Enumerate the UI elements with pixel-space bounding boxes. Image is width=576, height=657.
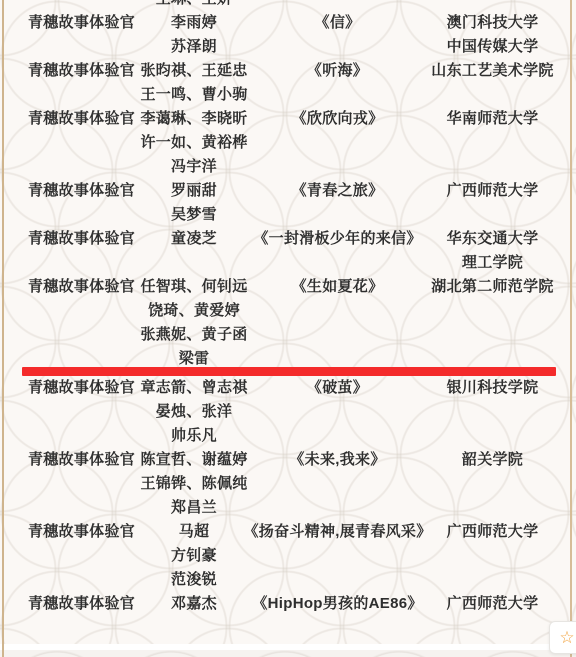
table-row: 青穗故事体验官邓嘉杰《HipHop男孩的AE86》广西师范大学: [0, 592, 576, 616]
award-table: 王琳、王妍青穗故事体验官李雨婷苏泽朗《信》澳门科技大学中国传媒大学青穗故事体验官…: [0, 0, 576, 616]
table-row: 青穗故事体验官李蔼琳、李晓昕许一如、黄裕桦冯宇洋《欣欣向戎》华南师范大学: [0, 107, 576, 179]
row-role: 青穗故事体验官: [28, 107, 135, 131]
role-cell: 青穗故事体验官: [23, 179, 140, 227]
work-title: 《一封滑板少年的来信》: [253, 227, 421, 251]
school-line: 山东工艺美术学院: [431, 59, 553, 83]
schools-cell: 广西师范大学: [427, 520, 558, 592]
role-cell: 青穗故事体验官: [23, 227, 140, 275]
schools-cell: 广西师范大学: [427, 179, 558, 227]
names-line: 许一如、黄裕桦: [140, 131, 247, 155]
work-title: 《生如夏花》: [292, 275, 384, 299]
work-title: 《信》: [315, 11, 361, 35]
work-title: 《欣欣向戎》: [292, 107, 384, 131]
names-line: 张昀祺、王延忠: [140, 59, 247, 83]
school-line: 广西师范大学: [447, 520, 539, 544]
names-cell: 张昀祺、王延忠王一鸣、曹小驹: [140, 59, 248, 107]
names-line: 苏泽朗: [171, 35, 217, 59]
role-cell: 青穗故事体验官: [23, 520, 140, 592]
page-left-border: [2, 0, 4, 657]
names-line: 郑昌兰: [171, 496, 217, 520]
names-line: 王琳、王妍: [156, 0, 233, 11]
row-role: 青穗故事体验官: [28, 592, 135, 616]
page-right-border: [570, 0, 572, 657]
schools-cell: 华南师范大学: [427, 107, 558, 179]
school-line: 韶关学院: [462, 448, 523, 472]
work-title: 《听海》: [307, 59, 368, 83]
table-row: 青穗故事体验官罗丽甜吴梦雪《青春之旅》广西师范大学: [0, 179, 576, 227]
schools-cell: 山东工艺美术学院: [427, 59, 558, 107]
schools-cell: 银川科技学院: [427, 376, 558, 448]
names-cell: 王琳、王妍: [140, 0, 248, 11]
names-line: 李蔼琳、李晓昕: [140, 107, 247, 131]
work-title: 《青春之旅》: [292, 179, 384, 203]
row-role: 青穗故事体验官: [28, 275, 135, 299]
screenshot-root: 王琳、王妍青穗故事体验官李雨婷苏泽朗《信》澳门科技大学中国传媒大学青穗故事体验官…: [0, 0, 576, 657]
schools-cell: 湖北第二师范学院: [427, 275, 558, 371]
table-row: 青穗故事体验官张昀祺、王延忠王一鸣、曹小驹《听海》山东工艺美术学院: [0, 59, 576, 107]
school-line: 华南师范大学: [447, 107, 539, 131]
work-title: 《HipHop男孩的AE86》: [252, 592, 422, 616]
school-line: 广西师范大学: [447, 179, 539, 203]
title-cell: 《信》: [248, 11, 427, 59]
names-line: 李雨婷: [171, 11, 217, 35]
names-cell: 马超方钊豪范浚锐: [140, 520, 248, 592]
table-row: 青穗故事体验官童凌芝《一封滑板少年的来信》华东交通大学理工学院: [0, 227, 576, 275]
role-cell: 青穗故事体验官: [23, 11, 140, 59]
row-role: 青穗故事体验官: [28, 376, 135, 400]
names-line: 方钊豪: [171, 544, 217, 568]
table-row: 青穗故事体验官章志箭、曾志祺晏烛、张洋帅乐凡《破茧》银川科技学院: [0, 376, 576, 448]
row-role: 青穗故事体验官: [28, 448, 135, 472]
table-row: 青穗故事体验官李雨婷苏泽朗《信》澳门科技大学中国传媒大学: [0, 11, 576, 59]
title-cell: 《听海》: [248, 59, 427, 107]
title-cell: 《扬奋斗精神,展青春风采》: [248, 520, 427, 592]
schools-cell: [427, 0, 558, 11]
names-line: 晏烛、张洋: [156, 400, 233, 424]
names-line: 饶琦、黄爱婷: [148, 299, 240, 323]
names-line: 范浚锐: [171, 568, 217, 592]
role-cell: 青穗故事体验官: [23, 59, 140, 107]
names-line: 吴梦雪: [171, 203, 217, 227]
row-role: 青穗故事体验官: [28, 179, 135, 203]
row-role: 青穗故事体验官: [28, 227, 135, 251]
names-cell: 任智琪、何钊远饶琦、黄爱婷张燕妮、黄子函梁雷: [140, 275, 248, 371]
title-cell: 《HipHop男孩的AE86》: [248, 592, 427, 616]
names-line: 陈宣哲、谢蕴婷: [140, 448, 247, 472]
names-cell: 陈宣哲、谢蕴婷王锦铧、陈佩纯郑昌兰: [140, 448, 248, 520]
names-line: 帅乐凡: [171, 424, 217, 448]
school-line: 澳门科技大学: [447, 11, 539, 35]
role-cell: 青穗故事体验官: [23, 448, 140, 520]
role-cell: 青穗故事体验官: [23, 275, 140, 371]
schools-cell: 华东交通大学理工学院: [427, 227, 558, 275]
names-line: 童凌芝: [171, 227, 217, 251]
row-role: 青穗故事体验官: [28, 11, 135, 35]
names-cell: 章志箭、曾志祺晏烛、张洋帅乐凡: [140, 376, 248, 448]
names-line: 邓嘉杰: [171, 592, 217, 616]
title-cell: 《破茧》: [248, 376, 427, 448]
schools-cell: 广西师范大学: [427, 592, 558, 616]
names-cell: 罗丽甜吴梦雪: [140, 179, 248, 227]
table-row: 王琳、王妍: [0, 0, 576, 11]
names-cell: 邓嘉杰: [140, 592, 248, 616]
role-cell: 青穗故事体验官: [23, 376, 140, 448]
role-cell: 青穗故事体验官: [23, 592, 140, 616]
title-cell: 《未来,我来》: [248, 448, 427, 520]
schools-cell: 韶关学院: [427, 448, 558, 520]
star-icon: ☆: [559, 629, 574, 646]
school-line: 理工学院: [462, 251, 523, 275]
names-line: 冯宇洋: [171, 155, 217, 179]
table-row: 青穗故事体验官任智琪、何钊远饶琦、黄爱婷张燕妮、黄子函梁雷《生如夏花》湖北第二师…: [0, 275, 576, 371]
role-cell: 青穗故事体验官: [23, 107, 140, 179]
names-line: 章志箭、曾志祺: [140, 376, 247, 400]
school-line: 中国传媒大学: [447, 35, 539, 59]
title-cell: 《一封滑板少年的来信》: [248, 227, 427, 275]
title-cell: 《欣欣向戎》: [248, 107, 427, 179]
title-cell: [248, 0, 427, 11]
row-role: 青穗故事体验官: [28, 520, 135, 544]
title-cell: 《青春之旅》: [248, 179, 427, 227]
school-line: 湖北第二师范学院: [431, 275, 553, 299]
work-title: 《破茧》: [307, 376, 368, 400]
names-cell: 李蔼琳、李晓昕许一如、黄裕桦冯宇洋: [140, 107, 248, 179]
names-cell: 李雨婷苏泽朗: [140, 11, 248, 59]
names-line: 马超: [179, 520, 210, 544]
title-cell: 《生如夏花》: [248, 275, 427, 371]
school-line: 广西师范大学: [447, 592, 539, 616]
favorite-button[interactable]: ☆: [549, 621, 576, 654]
work-title: 《扬奋斗精神,展青春风采》: [243, 520, 431, 544]
school-line: 银川科技学院: [447, 376, 539, 400]
table-row: 青穗故事体验官马超方钊豪范浚锐《扬奋斗精神,展青春风采》广西师范大学: [0, 520, 576, 592]
names-cell: 童凌芝: [140, 227, 248, 275]
school-line: 华东交通大学: [447, 227, 539, 251]
names-line: 罗丽甜: [171, 179, 217, 203]
names-line: 王一鸣、曹小驹: [140, 83, 247, 107]
role-cell: [23, 0, 140, 11]
row-role: 青穗故事体验官: [28, 59, 135, 83]
next-section-strip: [0, 650, 576, 657]
red-annotation-line: [22, 367, 556, 376]
work-title: 《未来,我来》: [289, 448, 385, 472]
schools-cell: 澳门科技大学中国传媒大学: [427, 11, 558, 59]
names-line: 任智琪、何钊远: [140, 275, 247, 299]
names-line: 王锦铧、陈佩纯: [140, 472, 247, 496]
table-row: 青穗故事体验官陈宣哲、谢蕴婷王锦铧、陈佩纯郑昌兰《未来,我来》韶关学院: [0, 448, 576, 520]
award-list-sheet: 王琳、王妍青穗故事体验官李雨婷苏泽朗《信》澳门科技大学中国传媒大学青穗故事体验官…: [0, 0, 576, 644]
names-line: 张燕妮、黄子函: [140, 323, 247, 347]
